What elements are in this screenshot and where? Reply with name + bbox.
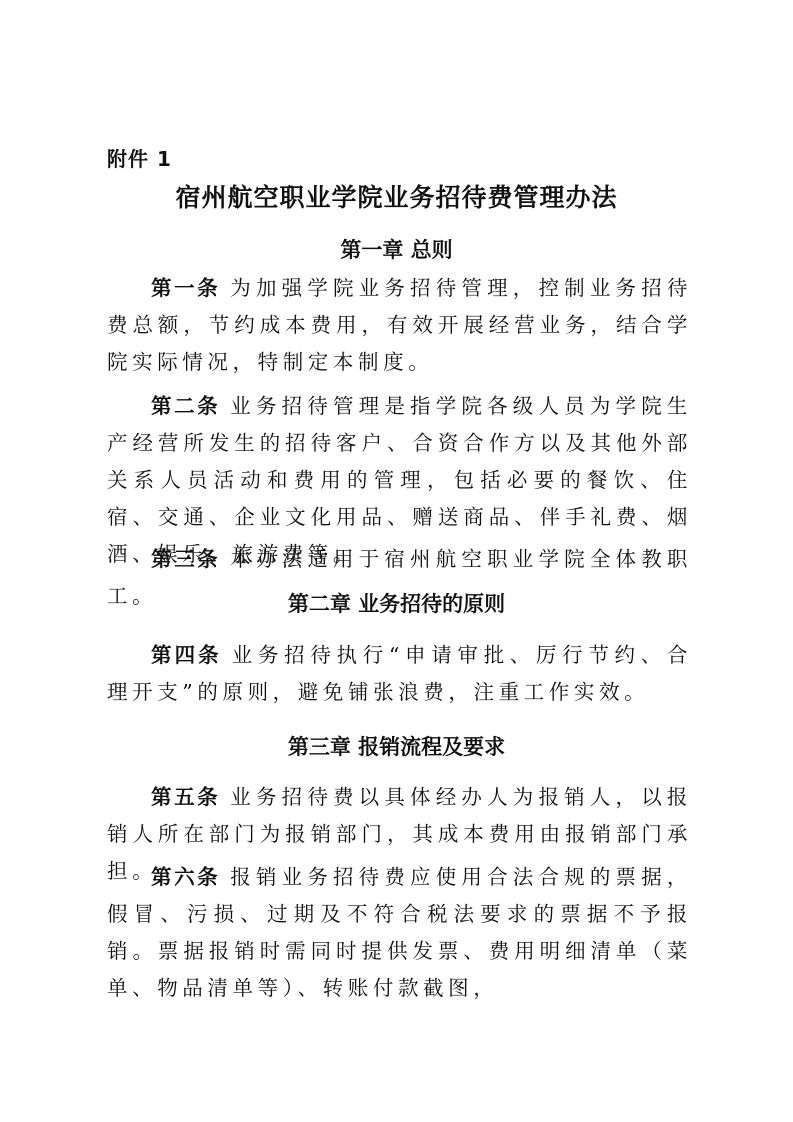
article-label: 第五条 [151,785,220,809]
chapter-1-heading: 第一章 总则 [0,234,793,264]
article-label: 第一条 [151,276,220,300]
document-page: 附件 1 宿州航空职业学院业务招待费管理办法 第一章 总则 第一条为加强学院业务… [0,0,793,1122]
chapter-3-heading: 第三章 报销流程及要求 [0,731,793,761]
document-title: 宿州航空职业学院业务招待费管理办法 [0,178,793,214]
article-4: 第四条业务招待执行“申请审批、厉行节约、合理开支”的原则，避免铺张浪费，注重工作… [107,637,692,711]
article-6: 第六条报销业务招待费应使用合法合规的票据，假冒、污损、过期及不符合税法要求的票据… [107,859,692,1007]
attachment-label: 附件 1 [107,143,172,172]
article-label: 第四条 [151,643,222,667]
chapter-2-heading: 第二章 业务招待的原则 [0,588,793,618]
article-label: 第三条 [151,547,220,571]
article-1: 第一条为加强学院业务招待管理，控制业务招待费总额，节约成本费用，有效开展经营业务… [107,270,692,381]
article-label: 第六条 [151,865,220,889]
article-label: 第二条 [151,394,220,418]
